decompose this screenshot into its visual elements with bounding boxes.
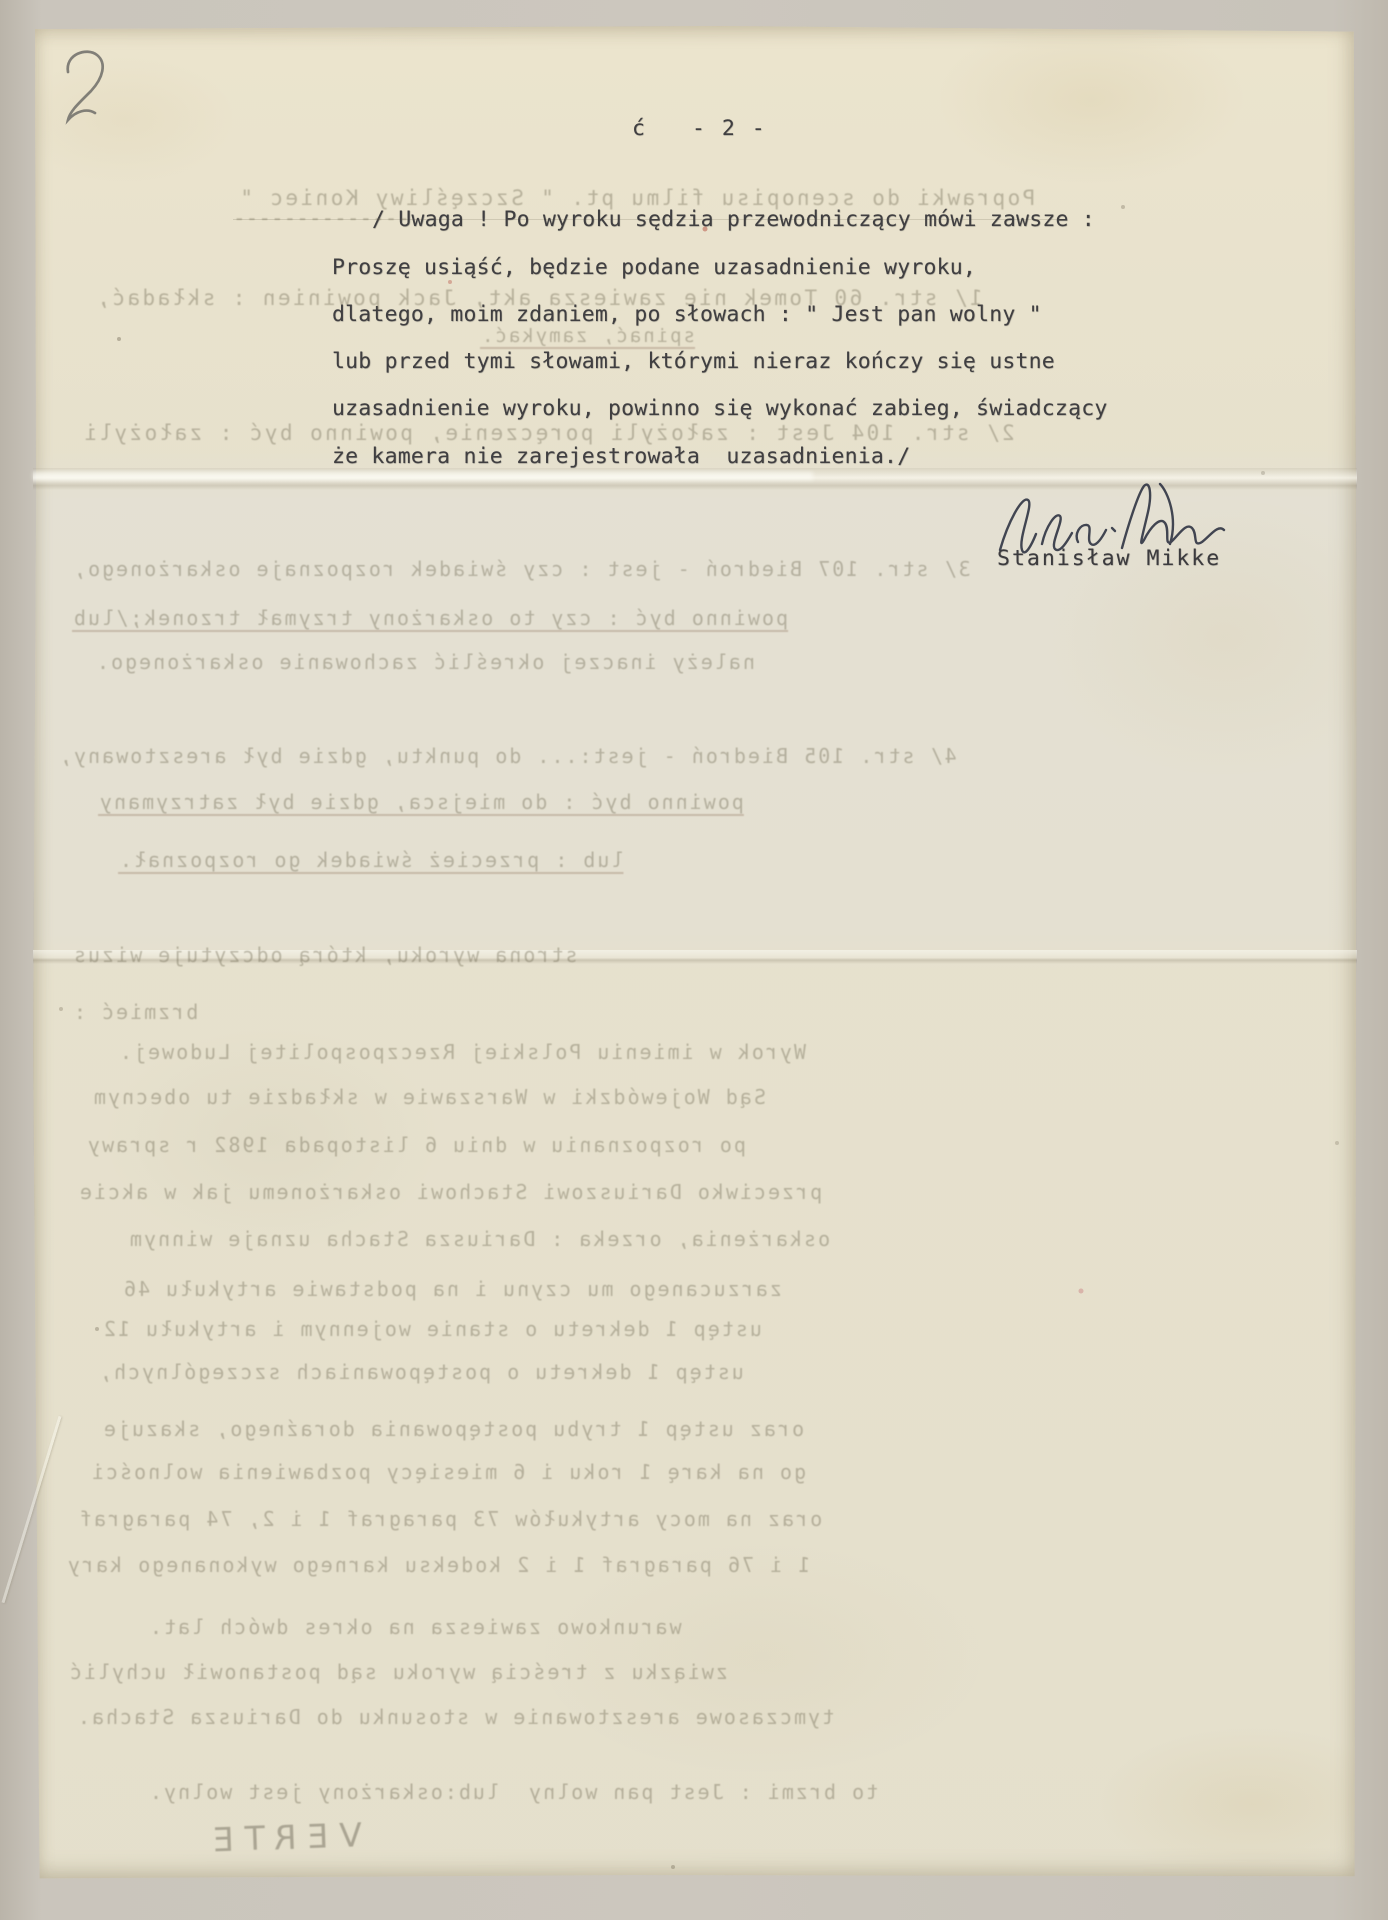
paper-sheet bbox=[32, 25, 1359, 1880]
scanned-letter-page: ć - 2 - / Uwaga ! Po wyroku sędzia przew… bbox=[0, 0, 1388, 1920]
ink-specks bbox=[0, 0, 2, 2]
paper-aging-texture bbox=[32, 25, 1359, 1880]
